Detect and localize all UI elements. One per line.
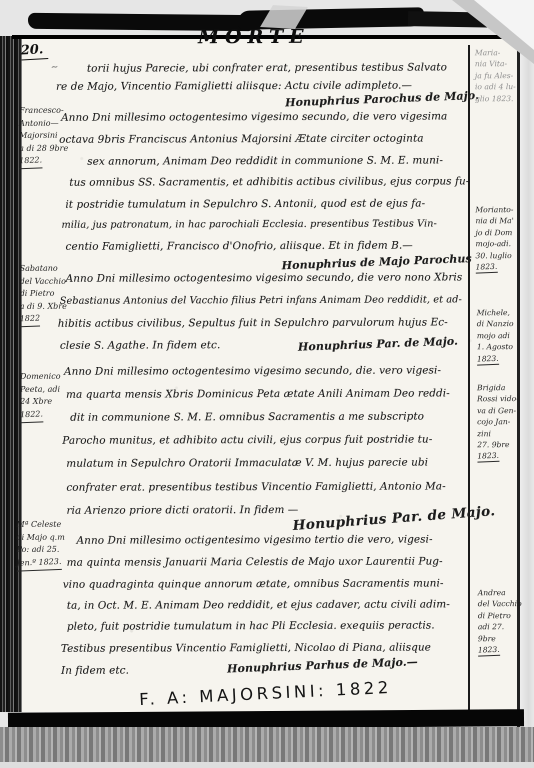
- manuscript-line: sex annorum, Animam Deo reddidit in comm…: [87, 155, 443, 167]
- margin-note-line: ja fu Ales-: [475, 70, 519, 82]
- manuscript-line: In fidem etc.: [61, 665, 129, 676]
- manuscript-line: octava 9bris Franciscus Antonius Majorsi…: [59, 133, 423, 145]
- margin-note-line: mojo-adi.: [475, 238, 519, 250]
- priest-signature-line: Honuphrius Parochus de Majo.: [285, 90, 479, 108]
- left-margin-note-del-vacchio: Sabatano del Vacchio di Pietro a di 9. X…: [20, 263, 88, 327]
- margin-note-line: zini: [477, 428, 521, 440]
- margin-note-line: 9bre: [478, 633, 522, 645]
- manuscript-line: Testibus presentibus Vincentio Famigliet…: [61, 642, 431, 654]
- archivist-caption: F. A: MAJORSINI: 1822: [139, 678, 392, 709]
- manuscript-line: pleto, fuit postridie tumulatum in hac P…: [67, 620, 435, 632]
- manuscript-line: re de Majo, Vincentio Famiglietti aliisq…: [56, 80, 412, 92]
- right-margin-note-andrea: Andrea del Vacchio di Pietro adi 27. 9br…: [478, 587, 522, 657]
- left-margin-note-peta: Domenico Peeta, adi 24 Xbre 1822.: [20, 371, 88, 423]
- margin-note-line: di Pietro: [478, 610, 522, 622]
- margin-note-line: io adi 4 lu-: [475, 81, 519, 93]
- margin-note-line: Antonio—: [19, 117, 87, 130]
- margin-note-line: di Nanzio: [477, 319, 521, 331]
- margin-note-line: 30. luglio: [476, 250, 520, 262]
- manuscript-line: clesie S. Agathe. In fidem etc.: [60, 340, 221, 351]
- margin-note-line: nia Vita-: [475, 59, 519, 71]
- scanned-death-register-page: MORTE 20. ~ torii hujus Parecie, ubi con…: [0, 0, 534, 768]
- priest-signature-line: Honuphrius Par. de Majo.: [298, 336, 458, 353]
- left-margin-note-majorsini: Francesco- Antonio— Majorsini a di 28 9b…: [19, 105, 87, 169]
- margin-note-line: Sabatano: [20, 263, 88, 276]
- margin-note-line: adi 27.: [478, 621, 522, 633]
- margin-note-line: glio 1823.: [475, 93, 519, 105]
- margin-note-date: 1823.: [477, 352, 499, 365]
- margin-note-line: jo di Dom: [475, 227, 519, 239]
- margin-note-line: Maria-: [475, 47, 519, 59]
- handwriting-layer: MORTE 20. ~ torii hujus Parecie, ubi con…: [0, 0, 534, 768]
- manuscript-line: it postridie tumulatum in Sepulchro S. A…: [65, 198, 425, 210]
- margin-note-line: Mª Celeste: [16, 519, 88, 532]
- margin-note-line: del Vacchio: [478, 599, 522, 611]
- marginal-tick-mark: ~: [50, 62, 59, 73]
- margin-note-date: 1823.: [477, 450, 499, 463]
- left-margin-note-celeste: Mª Celeste di Majo q.m Po: adi 25. Jen.º…: [16, 519, 88, 571]
- manuscript-line: centio Famiglietti, Francisco d'Onofrio,…: [66, 240, 413, 252]
- margin-note-date: 1822: [20, 313, 41, 327]
- margin-note-line: Domenico: [20, 371, 88, 384]
- margin-note-line: del Vacchio: [20, 275, 88, 288]
- manuscript-line: hibitis actibus civilibus, Sepultus fuit…: [58, 317, 448, 329]
- priest-signature-line: Honuphrius Parhus de Majo.—: [227, 656, 418, 674]
- margin-note-date: Jen.º 1823.: [16, 556, 61, 571]
- margin-note-date: 1823.: [478, 644, 500, 657]
- manuscript-line: confrater erat. presentibus testibus Vin…: [66, 481, 445, 493]
- manuscript-line: Sebastianus Antonius del Vacchio filius …: [60, 295, 462, 306]
- priest-signature-line: Honuphrius de Majo Parochus: [281, 253, 471, 271]
- margin-note-date: 1822.: [20, 408, 43, 422]
- manuscript-line: dit in communione S. M. E. omnibus Sacra…: [70, 411, 424, 423]
- margin-note-line: va di Gen-: [477, 405, 521, 417]
- page-number: 20.: [20, 42, 48, 60]
- margin-note-line: Rossi vido-: [477, 394, 521, 406]
- margin-note-line: nia di Ma': [475, 216, 519, 228]
- manuscript-line: tus omnibus SS. Sacramentis, et adhibiti…: [69, 176, 469, 188]
- margin-note-line: cojo Jan-: [477, 416, 521, 428]
- manuscript-line: milia, jus patronatum, in hac parochiali…: [61, 219, 436, 230]
- margin-note-line: Peeta, adi: [20, 383, 88, 396]
- right-margin-note-mariantonia: Morianto- nia di Ma' jo di Dom mojo-adi.…: [475, 204, 519, 274]
- right-margin-note-faint: Maria- nia Vita- ja fu Ales- io adi 4 lu…: [475, 47, 519, 104]
- manuscript-line: ma quarta mensis Xbris Dominicus Peta æt…: [66, 388, 450, 400]
- right-margin-note-michele: Michele, di Nanzio mojo adi 1. Agosto 18…: [477, 307, 521, 365]
- manuscript-line: Anno Dni millesimo octigentesimo vigesim…: [77, 534, 433, 546]
- margin-note-line: di Pietro: [20, 288, 88, 301]
- manuscript-line: vino quadraginta quinque annorum ætate, …: [63, 578, 444, 590]
- priest-signature-line: Honuphrius Par. de Majo.: [292, 505, 496, 533]
- margin-note-line: a di 28 9bre: [19, 142, 87, 155]
- margin-note-line: 27. 9bre: [477, 439, 521, 451]
- margin-note-line: Majorsini: [19, 130, 87, 143]
- manuscript-line: Anno Dni millesimo octogentesimo vigesim…: [61, 111, 447, 123]
- margin-note-line: 1. Agosto: [477, 341, 521, 353]
- right-margin-note-brigida: Brigida Rossi vido- va di Gen- cojo Jan-…: [477, 382, 521, 463]
- manuscript-line: Anno Dni millesimo octogentesimo vigesim…: [64, 365, 441, 377]
- margin-note-line: a di 9. Xbre: [20, 300, 88, 313]
- margin-note-line: Morianto-: [475, 204, 519, 216]
- manuscript-line: Anno Dni millesimo octogentesimo vigesim…: [66, 272, 463, 284]
- margin-note-date: 1822.: [19, 155, 42, 169]
- manuscript-line: mulatum in Sepulchro Oratorii Immaculatæ…: [66, 457, 428, 469]
- margin-note-line: Po: adi 25.: [17, 544, 89, 557]
- margin-note-line: Michele,: [477, 307, 521, 319]
- document-title: MORTE: [119, 26, 389, 49]
- margin-note-date: 1823.: [475, 261, 497, 274]
- margin-note-line: Francesco-: [19, 105, 87, 118]
- manuscript-line: ta, in Oct. M. E. Animam Deo reddidit, e…: [67, 599, 450, 611]
- margin-note-line: Brigida: [477, 382, 521, 394]
- margin-note-line: Andrea: [478, 587, 522, 599]
- manuscript-line: Parocho munitus, et adhibito actu civili…: [62, 434, 432, 446]
- manuscript-line: torii hujus Parecie, ubi confrater erat,…: [87, 62, 447, 74]
- manuscript-line: ria Arienzo priore dicti oratorii. In fi…: [66, 505, 298, 516]
- margin-note-line: di Majo q.m: [17, 531, 89, 544]
- margin-note-line: mojo adi: [477, 330, 521, 342]
- margin-note-line: 24 Xbre: [20, 396, 88, 409]
- manuscript-line: ma quinta mensis Januarii Maria Celestis…: [67, 556, 443, 568]
